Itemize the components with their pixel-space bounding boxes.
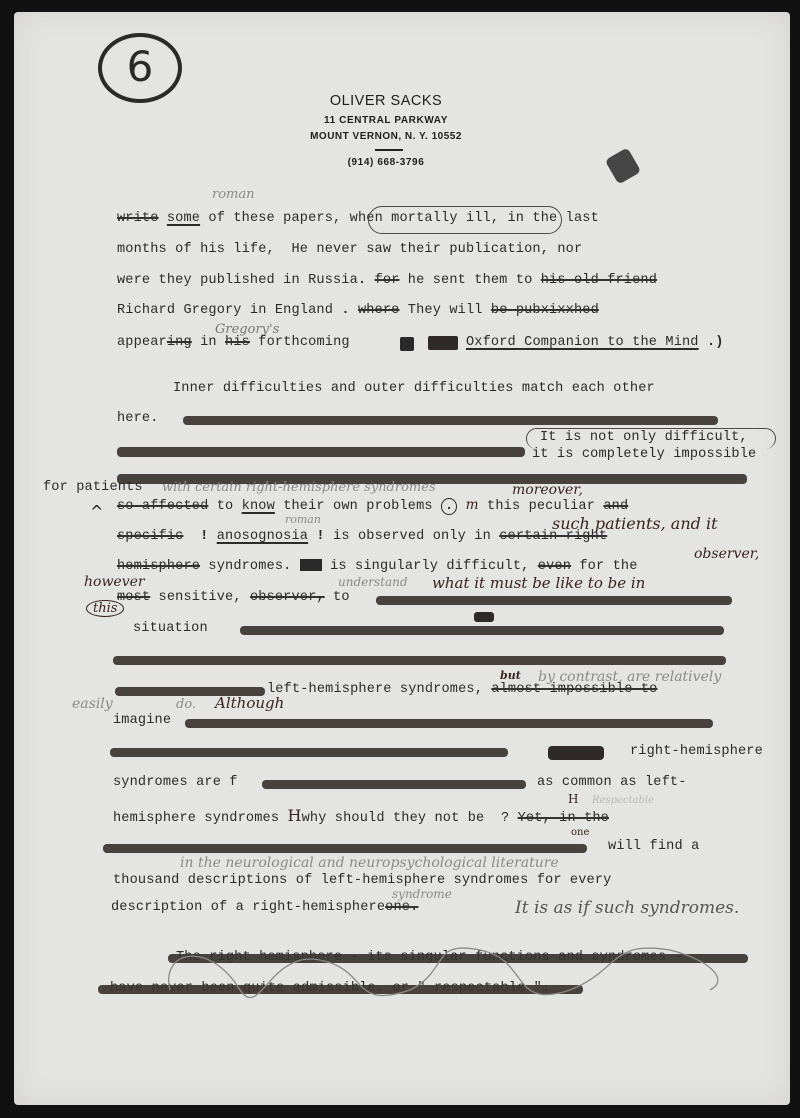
letterhead-name: OLIVER SACKS (236, 93, 536, 109)
annotation-roman: roman (285, 513, 321, 526)
struck-text: hemisphere (117, 559, 200, 574)
underlined-text: know (242, 499, 275, 514)
text-span: is singularly difficult, (330, 559, 529, 574)
struck-text: for (375, 273, 400, 288)
text-span: months of his life, (117, 242, 275, 257)
text-line: most sensitive, observer, to (117, 590, 350, 605)
paragraph-opening: Inner difficulties and outer difficultie… (173, 381, 655, 396)
scribble-mark (428, 336, 458, 350)
annotation-H: H (287, 806, 301, 825)
struck-text: ing (167, 335, 192, 350)
insert-bracket (526, 428, 776, 449)
annotation-although: Although (215, 694, 284, 712)
annotation-H: H (568, 792, 578, 806)
struck-text: specific (117, 529, 183, 544)
text-span: forthcoming (258, 335, 349, 350)
struck-text: even (538, 559, 571, 574)
text-span: appear (117, 335, 167, 350)
text-line: will find a (608, 839, 699, 854)
text-line: left-hemisphere syndromes, almost imposs… (267, 682, 657, 697)
text-line: Oxford Companion to the Mind .) (466, 335, 724, 350)
text-line: months of his life, He never saw their p… (117, 242, 582, 257)
inserted-text: it is completely impossible (532, 447, 756, 462)
heavy-strikeout (376, 596, 732, 605)
struck-text: certain right (499, 529, 607, 544)
text-span: thousand descriptions of left-hemisphere… (113, 873, 528, 888)
text-line: so affected to know their own problems .… (117, 497, 628, 514)
text-span: their own problems (283, 499, 433, 514)
heavy-strikeout (110, 748, 508, 757)
text-span: why should they not be (302, 811, 485, 826)
scribble-mark (548, 746, 604, 760)
text-line: syndromes are f (113, 775, 238, 790)
scribble-mark (474, 612, 494, 622)
circle-markup (368, 206, 562, 234)
book-title: Oxford Companion to the Mind (466, 335, 699, 350)
annotation-but: but (500, 669, 521, 682)
struck-text: one. (385, 900, 418, 915)
text-span: is observed only in (333, 529, 491, 544)
annotation-respectable: Respectable (592, 795, 654, 806)
annotation-observer: observer, (694, 546, 759, 562)
text-span: He never saw their publication, nor (291, 242, 582, 257)
heavy-strikeout (183, 416, 718, 425)
text-span: hemisphere syndromes (113, 811, 279, 826)
struck-text: observer, (250, 590, 325, 605)
heavy-strikeout (262, 780, 526, 789)
annotation-syndrome: syndrome (392, 887, 452, 901)
text-span: sensitive, (159, 590, 242, 605)
annotation-one: one (571, 827, 589, 838)
caret-icon: ^ (90, 502, 103, 521)
text-line: thousand descriptions of left-hemisphere… (113, 873, 611, 888)
text-span: They will (408, 303, 483, 318)
text-span: in (200, 335, 217, 350)
heavy-strikeout (113, 656, 726, 665)
annotation-understand: understand (338, 575, 408, 589)
text-line: here. (117, 411, 159, 426)
text-span: to (333, 590, 350, 605)
scribble-mark (400, 337, 414, 351)
text-span: ? (501, 811, 509, 826)
underlined-text: anosognosia (217, 529, 308, 544)
heavy-strikeout (117, 447, 525, 457)
pencil-scribble (150, 930, 750, 1010)
struck-text: his (225, 335, 250, 350)
text-span: for every (537, 873, 612, 888)
text-line: situation (133, 621, 208, 636)
text-span: left-hemisphere syndromes, (267, 682, 483, 697)
annotation-roman: roman (212, 187, 255, 202)
text-span: were they published in Russia (117, 273, 358, 288)
text-span: description of a right-hemisphere (111, 900, 385, 915)
letterhead-city: MOUNT VERNON, N. Y. 10552 (236, 131, 536, 142)
text-line: Richard Gregory in England . where They … (117, 303, 599, 318)
text-line: description of a right-hemisphereone. (111, 900, 418, 915)
text-line: as common as left- (537, 775, 687, 790)
text-span: he sent them to (408, 273, 533, 288)
annotation-however: however (84, 574, 145, 590)
annotation-easily: easily (72, 696, 113, 712)
annotation-m: m (466, 497, 479, 513)
annotation-what-it-must: what it must be like to be in (432, 574, 645, 592)
text-span: Richard Gregory in England (117, 303, 333, 318)
struck-text: almost impossible to (491, 682, 657, 697)
text-span: to (217, 499, 234, 514)
letterhead-phone: (914) 668-3796 (236, 157, 536, 168)
pencil-insert: in the neurological and neuropsychologic… (180, 855, 559, 871)
heavy-strikeout (103, 844, 587, 853)
text-line: right-hemisphere (630, 744, 763, 759)
text-span: for the (579, 559, 637, 574)
struck-text: Yet, in the (518, 811, 609, 826)
letterhead-street: 11 CENTRAL PARKWAY (236, 115, 536, 126)
annotation-it-is-as-if: It is as if such syndromes. (515, 898, 739, 918)
text-line: appearing in his forthcoming (117, 335, 350, 350)
heavy-strikeout (185, 719, 713, 728)
text-span: .) (707, 335, 724, 350)
text-span: of these papers, (208, 211, 341, 226)
letterhead-divider (375, 149, 403, 151)
struck-text: write (117, 211, 159, 226)
text-line: were they published in Russia. for he se… (117, 273, 657, 288)
text-line: hemisphere syndromes Hwhy should they no… (113, 806, 609, 826)
text-line: specific ! anosognosia ! is observed onl… (117, 529, 607, 544)
heavy-strikeout (240, 626, 724, 635)
underlined-text: some (167, 211, 200, 226)
text-line: hemisphere syndromes. is singularly diff… (117, 559, 638, 574)
text-span: syndromes. (208, 559, 291, 574)
pencil-insert: with certain right-hemisphere syndromes (162, 480, 436, 495)
page-number-circle: 6 (98, 33, 182, 103)
struck-text: and (603, 499, 628, 514)
struck-text: most (117, 590, 150, 605)
annotation-do: do. (176, 697, 196, 712)
text-line: imagine (113, 713, 171, 728)
text-line: for patients (43, 480, 143, 495)
struck-text: so affected (117, 499, 208, 514)
struck-text: his old friend (541, 273, 657, 288)
struck-text: be pubxixxhed (491, 303, 599, 318)
struck-text: where (358, 303, 400, 318)
annotation-moreover: moreover, (512, 482, 583, 498)
text-span: this peculiar (487, 499, 595, 514)
